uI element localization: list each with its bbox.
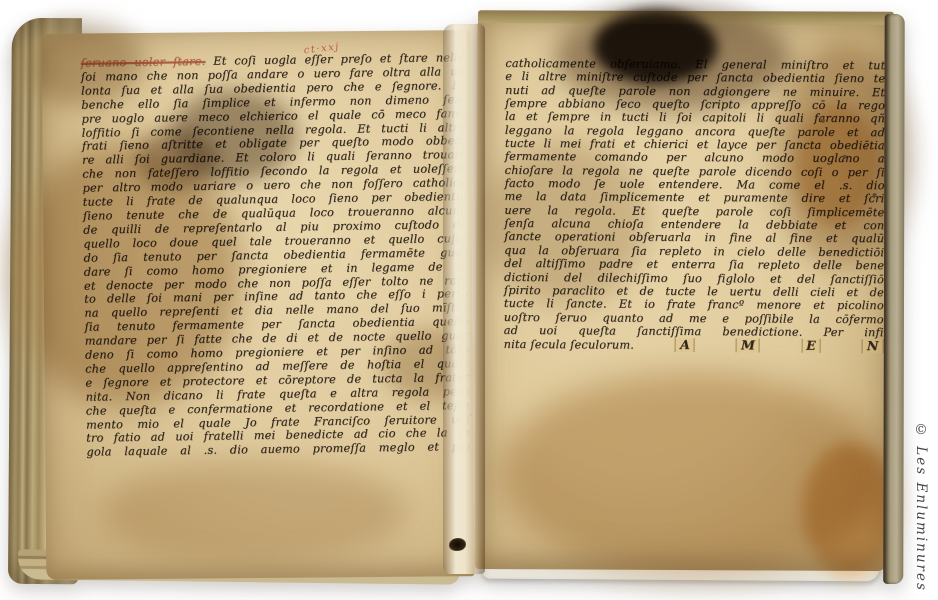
amen-text: A xyxy=(675,338,695,351)
manuscript-line: nita ſecula ſeculorum.AMEN xyxy=(504,337,884,354)
manuscript-line: ad uoi queſta ſanctiſſima benedictione. … xyxy=(504,324,884,340)
ink-text: ad uoi queſta ſanctiſſima benedictione. … xyxy=(504,324,884,339)
damp-stain xyxy=(101,459,406,566)
ink-text: nita ſecula ſeculorum. xyxy=(504,338,635,352)
right-page: catholicamente obſeruiamo. El general mi… xyxy=(475,23,890,571)
open-book: ct·xxj ſeruano uoler ſtare. Et coſi uogl… xyxy=(0,0,938,600)
left-text-block: ſeruano uoler ſtare. Et coſi uogla eſſer… xyxy=(81,51,471,460)
amen-text: E xyxy=(801,339,821,352)
speck xyxy=(843,155,847,159)
wormhole xyxy=(449,538,466,551)
damp-stain xyxy=(501,371,886,577)
photo-canvas: ct·xxj ſeruano uoler ſtare. Et coſi uogl… xyxy=(0,0,938,600)
right-cover-edge xyxy=(883,14,904,584)
photo-credit: © Les Enluminures xyxy=(913,422,929,592)
speck xyxy=(873,193,877,197)
right-text-block: catholicamente obſeruiamo. El general mi… xyxy=(504,57,886,354)
book-gutter xyxy=(443,24,485,574)
rubric-text: ſeruano uoler ſtare. xyxy=(81,55,206,70)
speck xyxy=(821,119,825,123)
amen-text: N xyxy=(862,339,884,352)
left-page: ct·xxj ſeruano uoler ſtare. Et coſi uogl… xyxy=(42,30,475,580)
amen-text: M xyxy=(736,339,760,352)
